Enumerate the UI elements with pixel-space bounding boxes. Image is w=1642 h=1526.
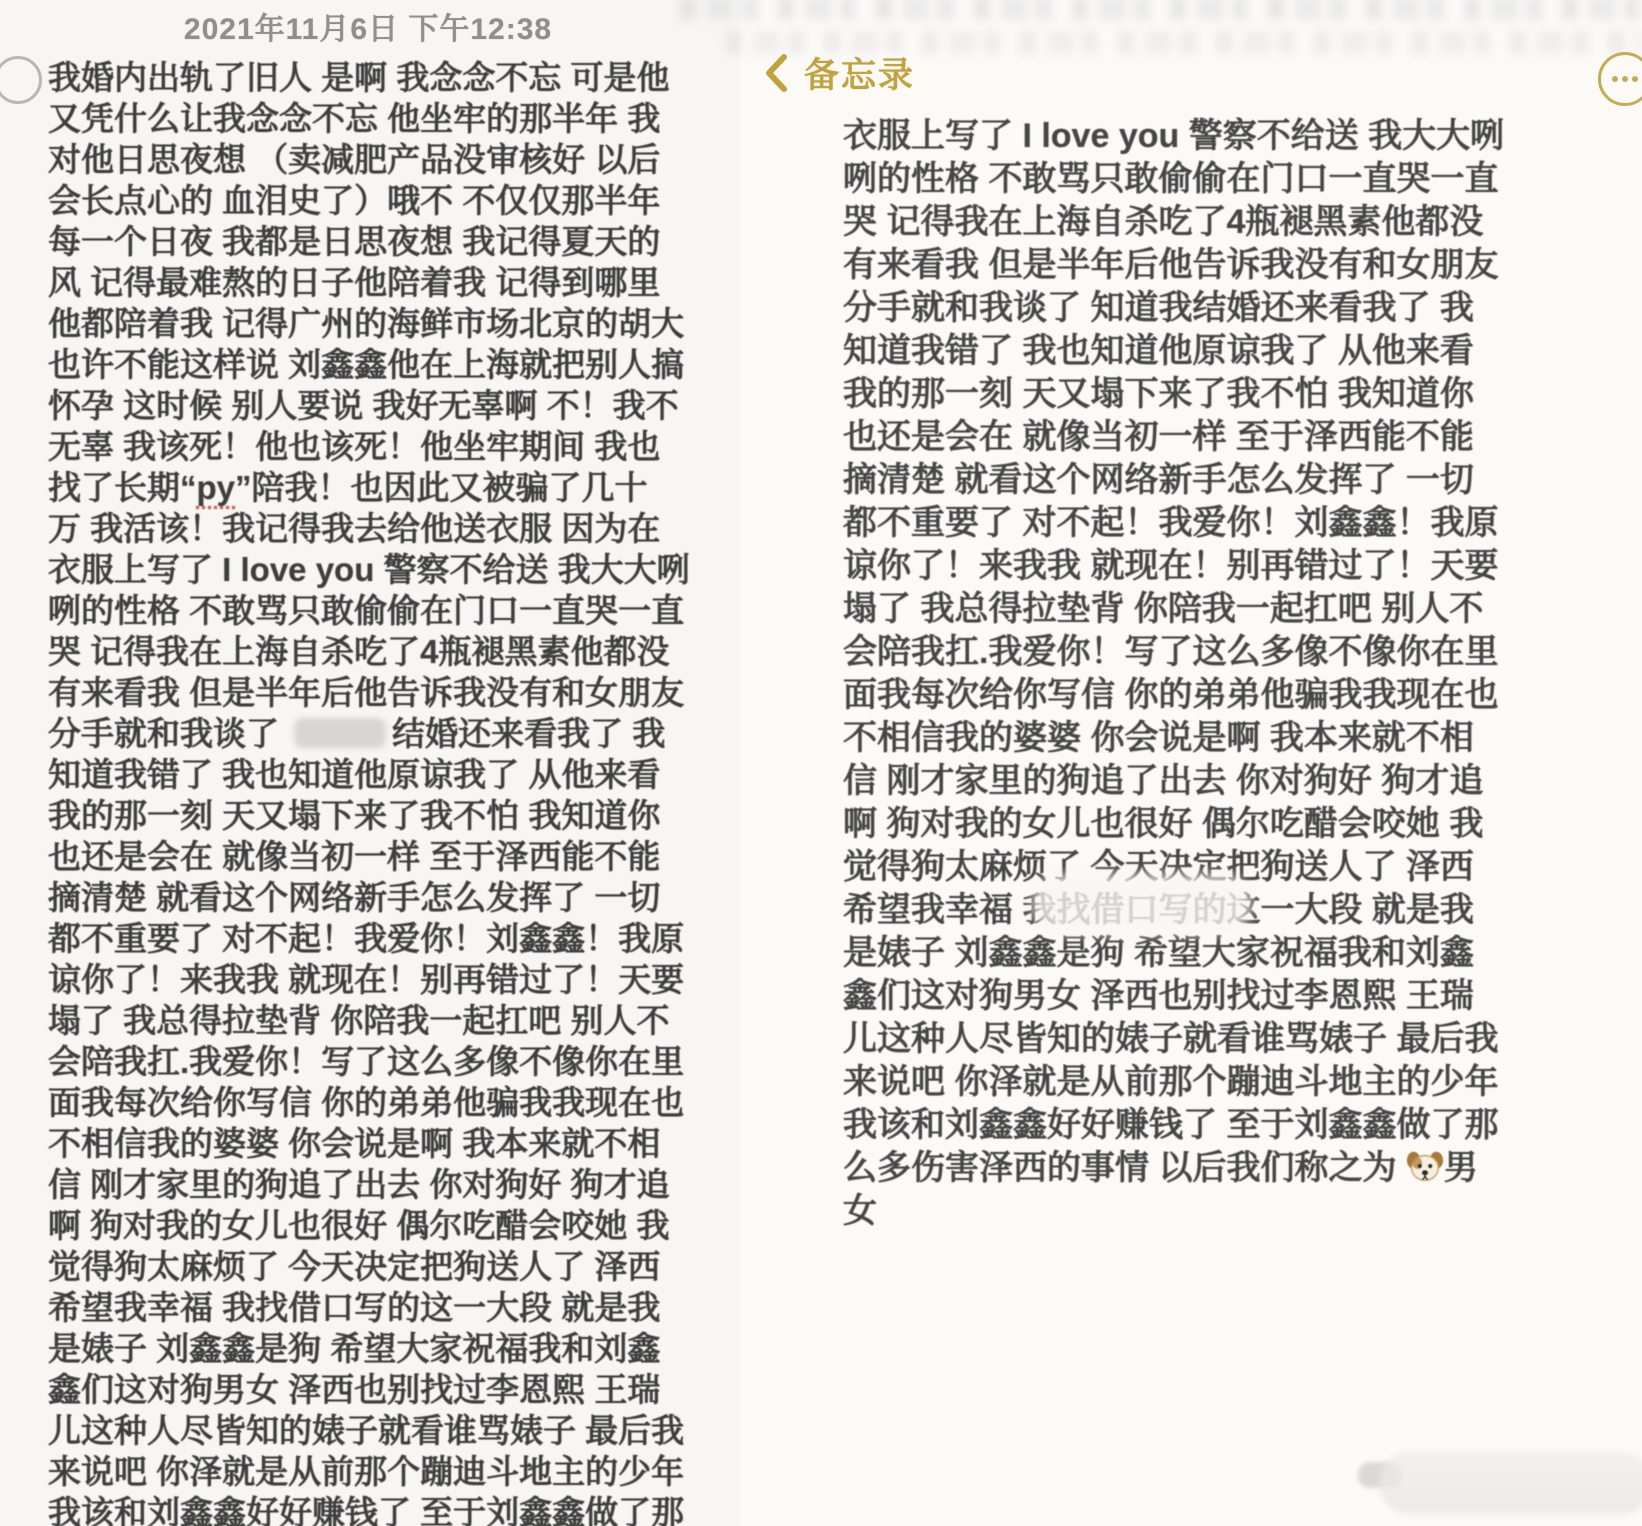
notes-nav-bar: 备忘录 [740,0,1642,110]
note-line: 面我每次给你写信 你的弟弟他骗我我现在也 [48,1082,716,1123]
note-line: 女 [843,1190,1603,1233]
note-line: 万 我活该！我记得我去给他送衣服 因为在 [48,508,716,549]
note-line: 每一个日夜 我都是日思夜想 我记得夏天的 [48,221,716,262]
note-line: 是婊子 刘鑫鑫是狗 希望大家祝福我和刘鑫 [48,1328,716,1369]
ellipsis-dot [1622,76,1628,82]
note-line: 会陪我扛.我爱你！写了这么多像不像你在里 [843,631,1603,674]
back-button[interactable]: 备忘录 [764,48,915,98]
note-line: 哭 记得我在上海自杀吃了4瓶褪黑素他都没 [843,201,1603,244]
notes-screenshot-composite: 2021年11月6日 下午12:38 我婚内出轨了旧人 是啊 我念念不忘 可是他… [0,0,1642,1526]
note-line: 鑫们这对狗男女 泽西也别找过李恩熙 王瑞 [843,975,1603,1018]
note-line: 衣服上写了 I love you 警察不给送 我大大咧 [48,549,716,590]
note-line: 谅你了！来我我 就现在！别再错过了！天要 [48,959,716,1000]
note-line: 我该和刘鑫鑫好好赚钱了 至于刘鑫鑫做了那 [48,1492,716,1526]
note-line: 信 刚才家里的狗追了出去 你对狗好 狗才追 [48,1164,716,1205]
note-line: 我的那一刻 天又塌下来了我不怕 我知道你 [843,373,1603,416]
note-line: 分手就和我谈了 结婚还来看我了 我 [48,713,716,754]
note-line: 咧的性格 不敢骂只敢偷偷在门口一直哭一直 [48,590,716,631]
note-line: 衣服上写了 I love you 警察不给送 我大大咧 [843,115,1603,158]
note-line: 希望我幸福 我找借口写的这一大段 就是我 [843,889,1603,932]
more-options-button[interactable] [1598,52,1642,106]
note-line: 啊 狗对我的女儿也很好 偶尔吃醋会咬她 我 [843,803,1603,846]
note-line: 无辜 我该死！他也该死！他坐牢期间 我也 [48,426,716,467]
note-line: 信 刚才家里的狗追了出去 你对狗好 狗才追 [843,760,1603,803]
note-line: 都不重要了 对不起！我爱你！刘鑫鑫！我原 [48,918,716,959]
watermark-smudge [1380,1452,1642,1514]
note-line: 啊 狗对我的女儿也很好 偶尔吃醋会咬她 我 [48,1205,716,1246]
note-line: 咧的性格 不敢骂只敢偷偷在门口一直哭一直 [843,158,1603,201]
note-line: 塌了 我总得拉垫背 你陪我一起扛吧 别人不 [48,1000,716,1041]
chevron-left-icon [764,53,788,93]
note-line: 儿这种人尽皆知的婊子就看谁骂婊子 最后我 [48,1410,716,1451]
dog-emoji [1406,1149,1444,1187]
note-line: 塌了 我总得拉垫背 你陪我一起扛吧 别人不 [843,588,1603,631]
note-line: 鑫们这对狗男女 泽西也别找过李恩熙 王瑞 [48,1369,716,1410]
selection-circle-icon[interactable] [0,56,42,104]
note-line: 来说吧 你泽就是从前那个蹦迪斗地主的少年 [48,1451,716,1492]
redaction-blur [294,718,386,748]
note-line: 谅你了！来我我 就现在！别再错过了！天要 [843,545,1603,588]
note-line: 我的那一刻 天又塌下来了我不怕 我知道你 [48,795,716,836]
note-line: 找了长期“py”陪我！也因此又被骗了几十 [48,467,716,508]
note-line: 都不重要了 对不起！我爱你！刘鑫鑫！我原 [843,502,1603,545]
note-timestamp: 2021年11月6日 下午12:38 [48,4,688,48]
note-line: 对他日思夜想 （卖减肥产品没审核好 以后 [48,139,716,180]
note-screenshot-left: 2021年11月6日 下午12:38 我婚内出轨了旧人 是啊 我念念不忘 可是他… [0,0,740,1526]
ellipsis-dot [1632,76,1638,82]
watermark-smudge-dark [1358,1462,1402,1488]
note-line: 摘清楚 就看这个网络新手怎么发挥了 一切 [48,877,716,918]
note-line: 我婚内出轨了旧人 是啊 我念念不忘 可是他 [48,57,716,98]
note-line: 来说吧 你泽就是从前那个蹦迪斗地主的少年 [843,1061,1603,1104]
note-line: 会长点心的 血泪史了）哦不 不仅仅那半年 [48,180,716,221]
note-line: 怀孕 这时候 别人要说 我好无辜啊 不！我不 [48,385,716,426]
note-line: 分手就和我谈了 知道我结婚还来看我了 我 [843,287,1603,330]
note-line: 么多伤害泽西的事情 以后我们称之为 男 [843,1147,1603,1190]
note-line: 也许不能这样说 刘鑫鑫他在上海就把别人搞 [48,344,716,385]
note-line: 有来看我 但是半年后他告诉我没有和女朋友 [48,672,716,713]
note-line: 不相信我的婆婆 你会说是啊 我本来就不相 [48,1123,716,1164]
note-line: 是婊子 刘鑫鑫是狗 希望大家祝福我和刘鑫 [843,932,1603,975]
note-line: 他都陪着我 记得广州的海鲜市场北京的胡大 [48,303,716,344]
note-line: 儿这种人尽皆知的婊子就看谁骂婊子 最后我 [843,1018,1603,1061]
note-line: 风 记得最难熬的日子他陪着我 记得到哪里 [48,262,716,303]
note-line: 也还是会在 就像当初一样 至于泽西能不能 [48,836,716,877]
note-line: 希望我幸福 我找借口写的这一大段 就是我 [48,1287,716,1328]
note-line: 知道我错了 我也知道他原谅我了 从他来看 [843,330,1603,373]
note-line: 我该和刘鑫鑫好好赚钱了 至于刘鑫鑫做了那 [843,1104,1603,1147]
ellipsis-dot [1612,76,1618,82]
note-line: 觉得狗太麻烦了 今天决定把狗送人了 泽西 [843,846,1603,889]
note-line: 哭 记得我在上海自杀吃了4瓶褪黑素他都没 [48,631,716,672]
note-line: 又凭什么让我念念不忘 他坐牢的那半年 我 [48,98,716,139]
note-line: 面我每次给你写信 你的弟弟他骗我我现在也 [843,674,1603,717]
note-line: 也还是会在 就像当初一样 至于泽西能不能 [843,416,1603,459]
note-line: 有来看我 但是半年后他告诉我没有和女朋友 [843,244,1603,287]
note-body-left: 我婚内出轨了旧人 是啊 我念念不忘 可是他又凭什么让我念念不忘 他坐牢的那半年 … [48,57,716,1526]
note-line: 会陪我扛.我爱你！写了这么多像不像你在里 [48,1041,716,1082]
back-button-label: 备忘录 [804,48,915,98]
note-line: 不相信我的婆婆 你会说是啊 我本来就不相 [843,717,1603,760]
spellcheck-word: py [197,469,236,506]
note-body-right: 衣服上写了 I love you 警察不给送 我大大咧咧的性格 不敢骂只敢偷偷在… [843,115,1603,1233]
note-screenshot-right: 备忘录 衣服上写了 I love you 警察不给送 我大大咧咧的性格 不敢骂只… [740,0,1642,1526]
note-line: 知道我错了 我也知道他原谅我了 从他来看 [48,754,716,795]
note-line: 觉得狗太麻烦了 今天决定把狗送人了 泽西 [48,1246,716,1287]
note-line: 摘清楚 就看这个网络新手怎么发挥了 一切 [843,459,1603,502]
